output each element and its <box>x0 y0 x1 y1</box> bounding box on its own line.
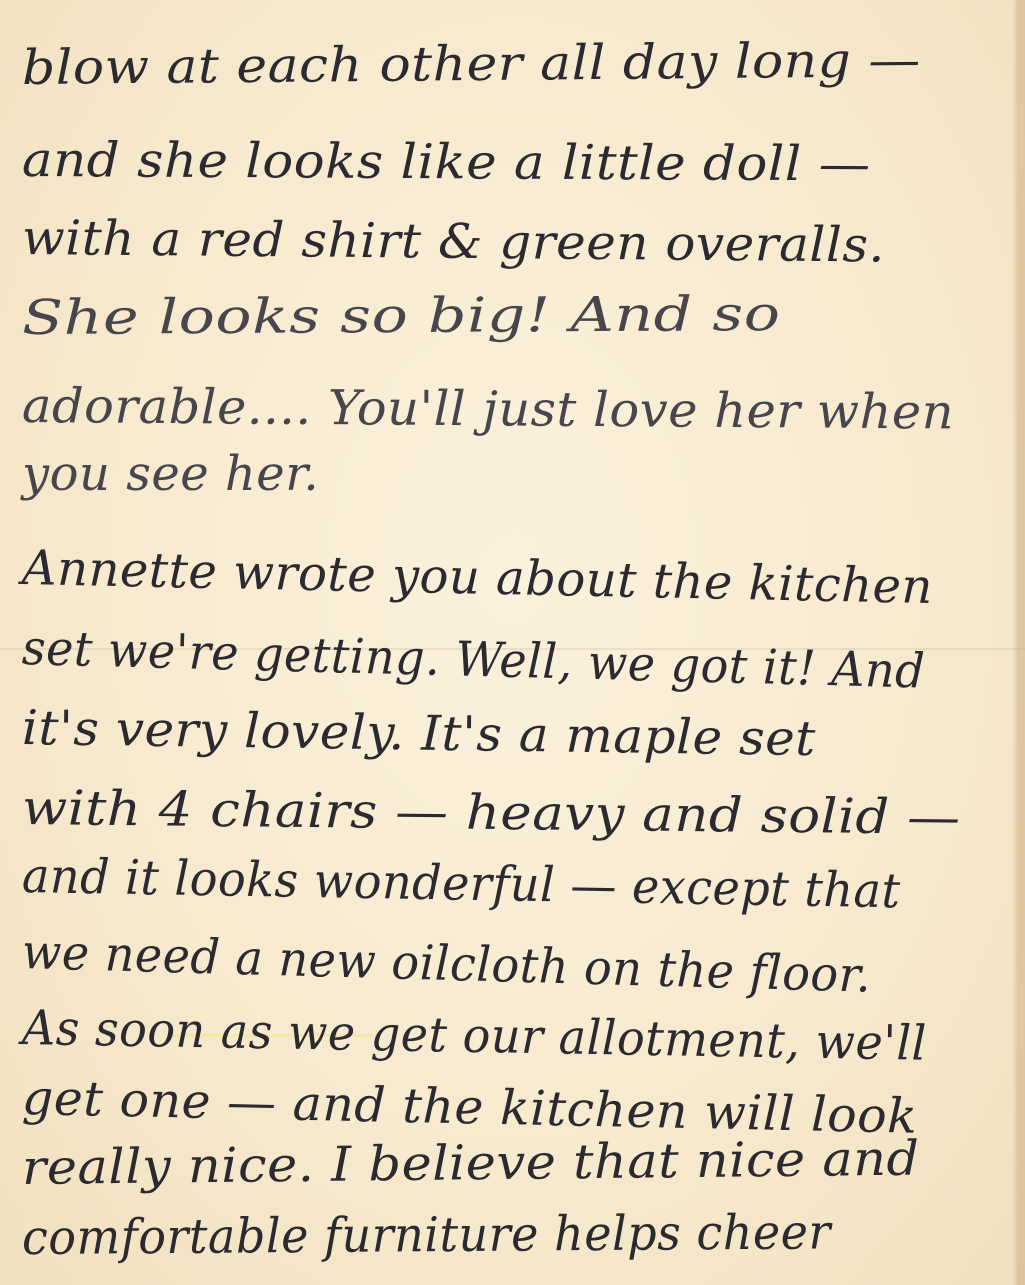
letter-line: adorable.... You'll just love her when <box>22 378 954 441</box>
letter-line: you see her. <box>22 446 319 502</box>
letter-line: comfortable furniture helps cheer <box>22 1204 831 1266</box>
letter-line: Annette wrote you about the kitchen <box>21 540 933 615</box>
letter-line: really nice. I believe that nice and <box>22 1131 920 1196</box>
letter-line: and she looks like a little doll — <box>22 132 871 192</box>
letter-line: with 4 chairs — heavy and solid — <box>22 780 961 846</box>
letter-line: it's very lovely. It's a maple set <box>22 700 817 767</box>
letter-line: She looks so big! And so <box>22 286 781 346</box>
letter-page: blow at each other all day long — and sh… <box>0 0 1025 1285</box>
letter-line: set we're getting. Well, we got it! And <box>21 620 926 700</box>
letter-line: we need a new oilcloth on the floor. <box>21 924 872 1004</box>
letter-line: blow at each other all day long — <box>22 32 921 96</box>
letter-line: with a red shirt & green overalls. <box>22 210 885 274</box>
letter-line: and it looks wonderful — except that <box>22 848 901 919</box>
letter-line: As soon as we get our allotment, we'll <box>22 1000 928 1072</box>
